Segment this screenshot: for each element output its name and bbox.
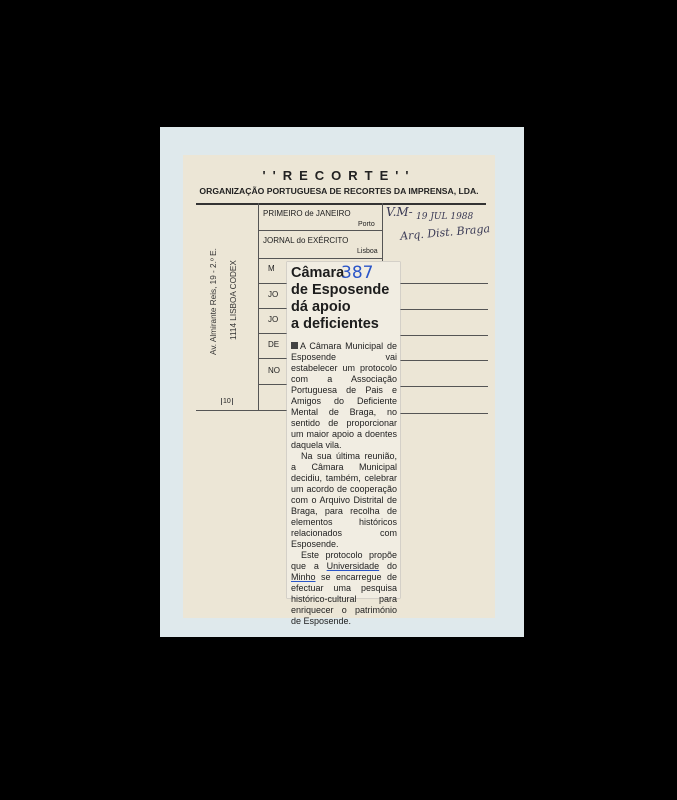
row-rule <box>258 258 382 259</box>
form-divider <box>258 203 259 410</box>
underlined-text: Universidade <box>327 561 380 571</box>
clipping-paragraph: A Câmara Municipal de Esposende vai esta… <box>291 341 397 451</box>
clipping-paragraph: Este protocolo propõe que a Universidade… <box>291 550 397 627</box>
row-label: NO <box>268 366 280 375</box>
form-rule <box>196 203 486 205</box>
row-rule <box>258 230 382 231</box>
clipping-body: A Câmara Municipal de Esposende vai esta… <box>291 341 397 627</box>
paragraph-text: A Câmara Municipal de Esposende vai esta… <box>291 341 397 450</box>
row-rule-right <box>400 335 488 336</box>
row-rule-right <box>400 283 488 284</box>
row-rule-right <box>400 386 488 387</box>
handwritten-date: 19 JUL 1988 <box>416 212 473 222</box>
bullet-icon <box>291 342 298 349</box>
row-label: JO <box>268 290 278 299</box>
form-subtitle: ORGANIZAÇÃO PORTUGUESA DE RECORTES DA IM… <box>183 186 495 196</box>
form-address-line1: Av. Almirante Reis, 19 - 2.º E. <box>209 248 218 355</box>
row-rule-right <box>400 413 488 414</box>
row-label-jornal-do-exercito: JORNAL do EXÉRCITO <box>263 236 348 245</box>
form-rule-bottom <box>196 410 291 411</box>
headline-line: a deficientes <box>291 316 399 333</box>
row-rule <box>258 333 288 334</box>
row-city: Lisboa <box>357 248 378 255</box>
paragraph-text: Na sua última reunião, a Câmara Municipa… <box>291 451 397 549</box>
row-label-primeiro-de-janeiro: PRIMEIRO de JANEIRO <box>263 209 351 218</box>
row-rule-right <box>400 309 488 310</box>
headline-line: de Esposende <box>291 282 399 299</box>
row-rule <box>258 358 288 359</box>
form-address-line2: 1114 LISBOA CODEX <box>229 260 238 340</box>
handwritten-clip-number: 387 <box>341 263 373 283</box>
clipping-paragraph: Na sua última reunião, a Câmara Municipa… <box>291 451 397 550</box>
form-box-number: 10 <box>221 398 233 405</box>
row-city: Porto <box>358 221 375 228</box>
handwritten-initials: V.M- <box>386 205 413 219</box>
row-rule-right <box>400 360 488 361</box>
headline-line: dá apoio <box>291 299 399 316</box>
row-label: M <box>268 264 275 273</box>
row-label: JO <box>268 315 278 324</box>
form-title: ''RECORTE'' <box>183 168 495 183</box>
row-rule <box>258 283 288 284</box>
underlined-text: Minho <box>291 572 316 582</box>
paragraph-text: do <box>379 561 397 571</box>
row-rule <box>258 308 288 309</box>
row-label: DE <box>268 340 279 349</box>
row-rule <box>258 384 288 385</box>
form-divider-2 <box>382 203 383 261</box>
